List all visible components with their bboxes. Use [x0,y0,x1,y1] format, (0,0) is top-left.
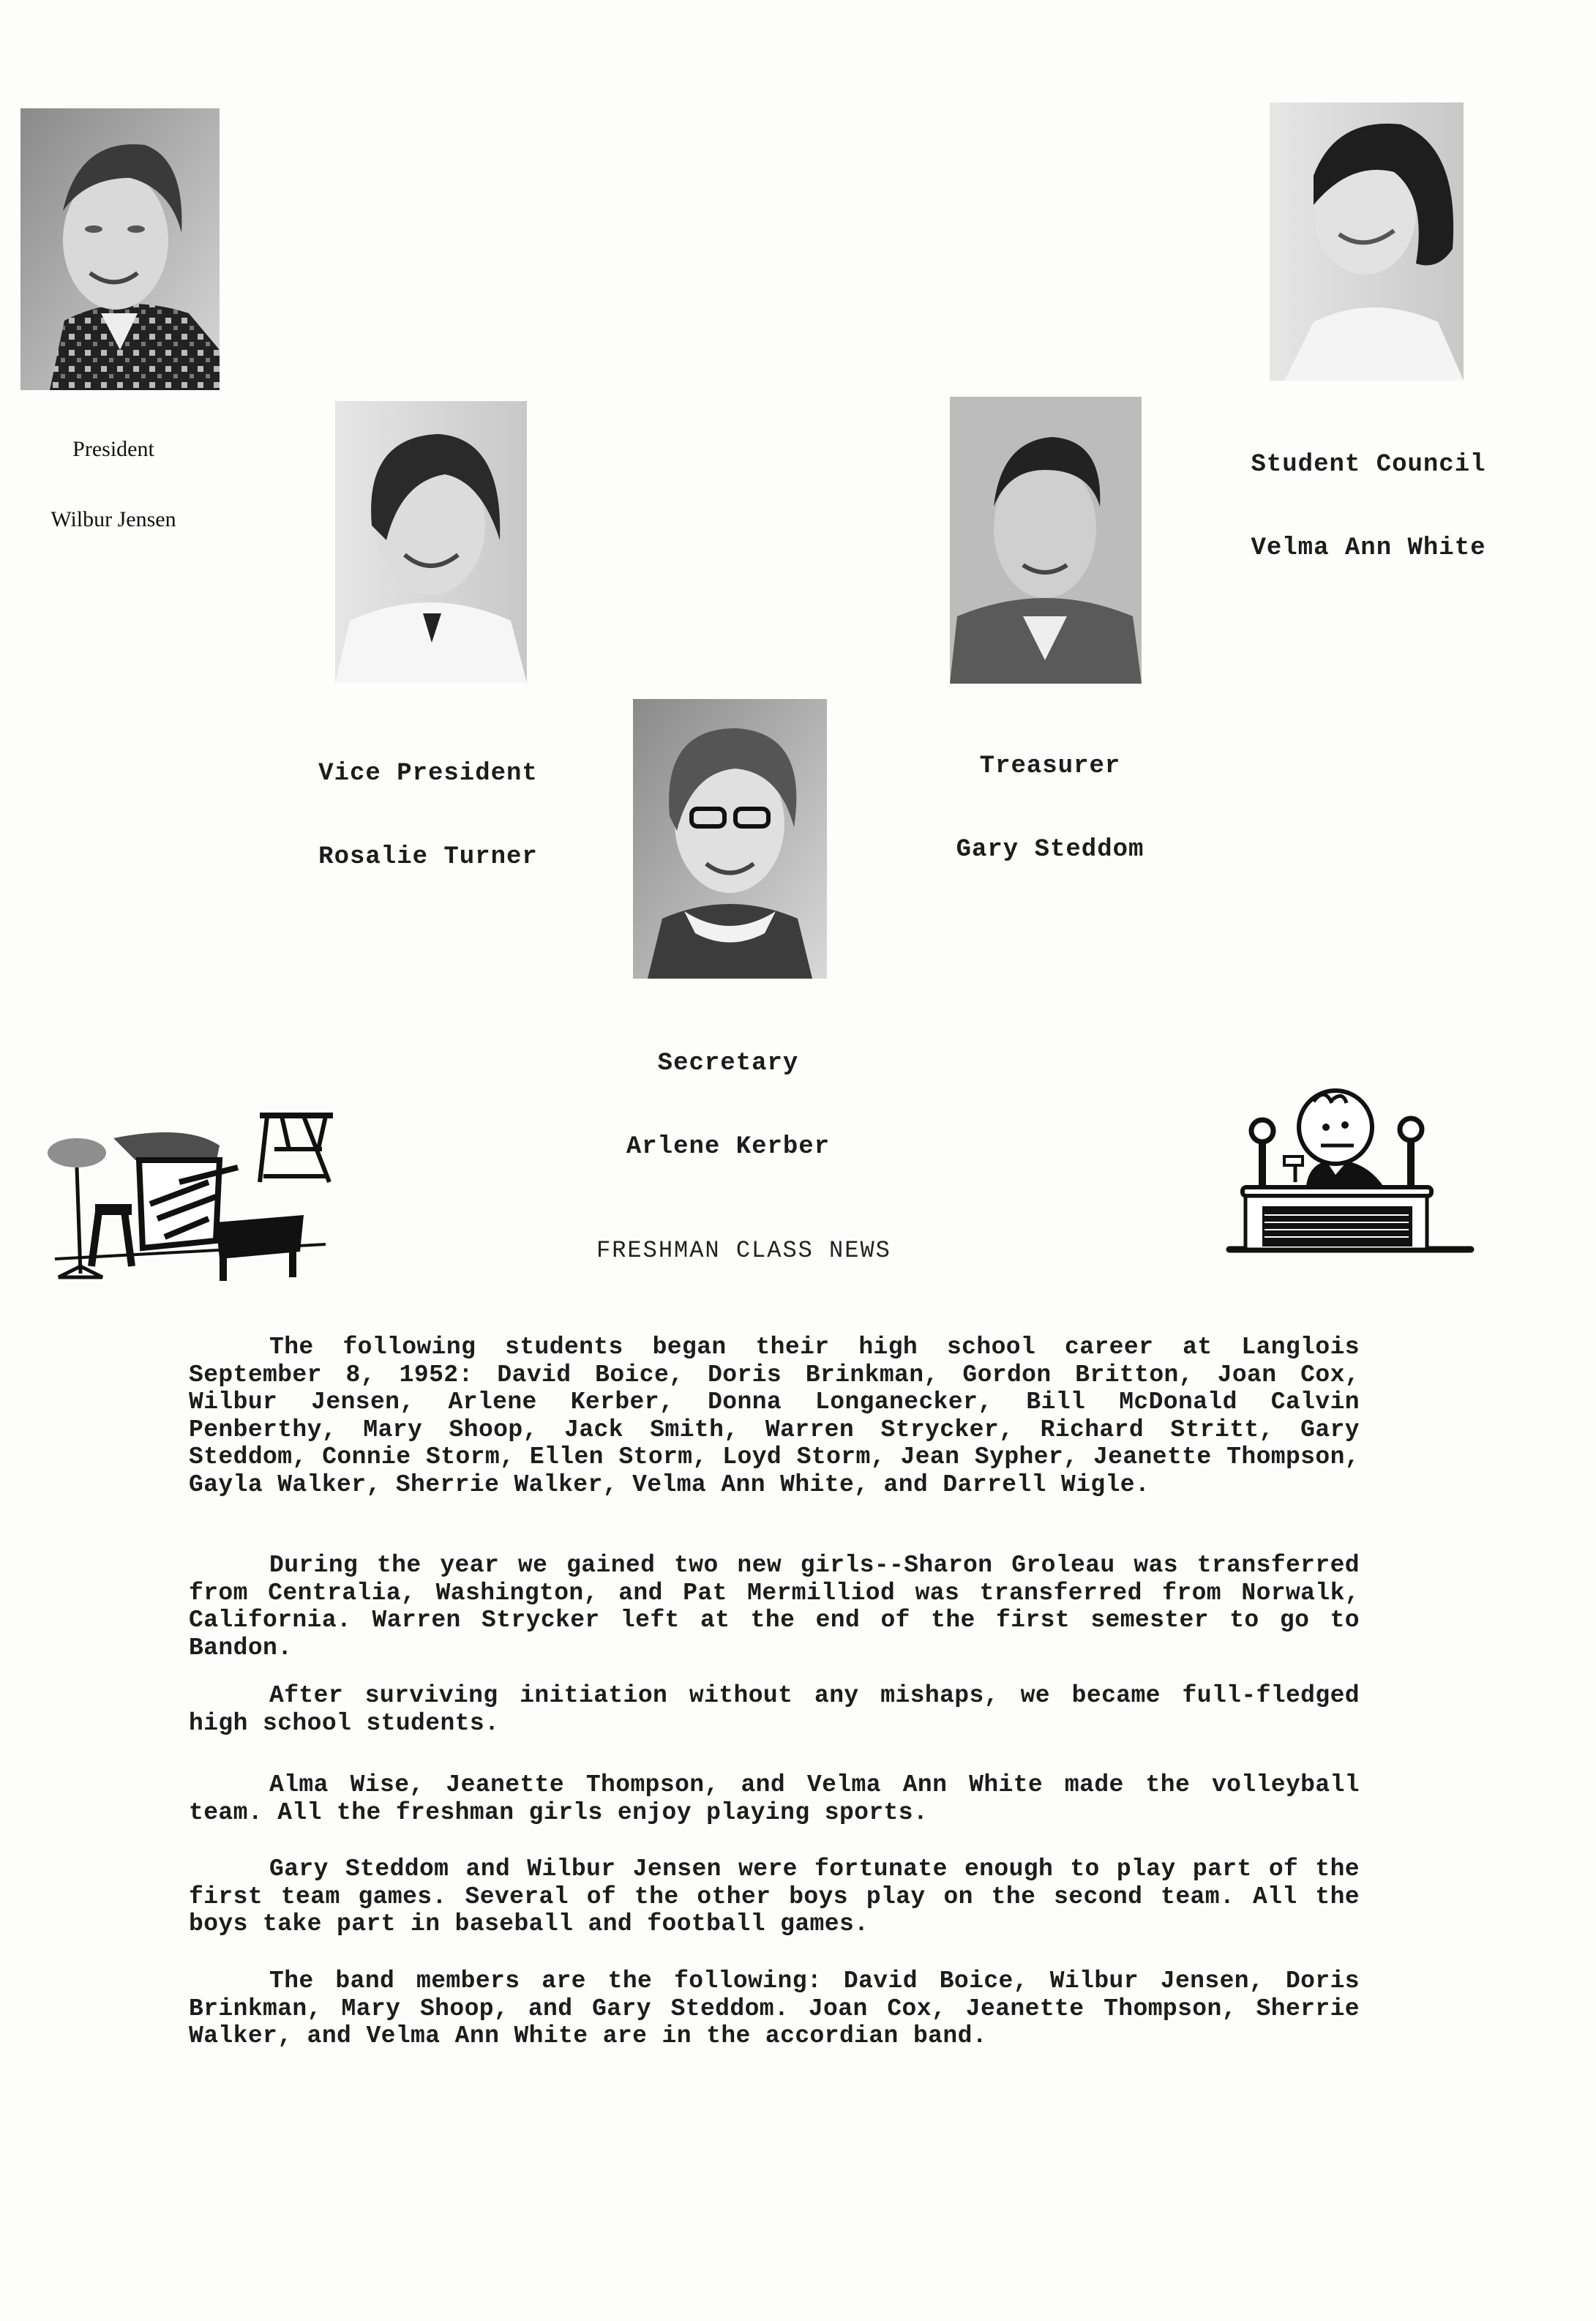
paragraph-text: After surviving initiation without any m… [189,1682,1360,1737]
paragraph-text: Alma Wise, Jeanette Thompson, and Velma … [189,1771,1360,1826]
news-paragraph-boys-sports: Gary Steddom and Wilbur Jensen were fort… [189,1855,1360,1938]
news-paragraph-initiation: After surviving initiation without any m… [189,1682,1360,1737]
paragraph-text: The following students began their high … [189,1334,1360,1498]
portrait-photo-icon [950,397,1142,684]
student-council-photo [1270,102,1464,381]
officer-role: Student Council [1237,451,1500,479]
cartoon-sleeping-student-icon [40,1094,333,1281]
portrait-photo-icon [1270,102,1464,381]
paragraph-text: The band members are the following: Davi… [189,1967,1360,2049]
news-paragraph-students: The following students began their high … [189,1334,1360,1498]
president-photo [20,108,220,390]
news-paragraph-band: The band members are the following: Davi… [189,1967,1360,2050]
president-caption: President Wilbur Jensen [22,391,205,555]
judge-illustration [1222,1087,1475,1255]
treasurer-photo [950,397,1142,684]
vice-president-caption: Vice President Rosalie Turner [293,704,563,899]
portrait-photo-icon [20,108,220,390]
cartoon-judge-at-bench-icon [1222,1087,1475,1255]
officer-role: Secretary [593,1050,863,1077]
officer-name: Arlene Kerber [593,1133,863,1161]
portrait-photo-icon [335,401,527,683]
student-council-caption: Student Council Velma Ann White [1237,395,1500,590]
officer-role: Treasurer [915,752,1185,780]
officer-name: Wilbur Jensen [22,508,205,531]
news-paragraph-transfers: During the year we gained two new girls-… [189,1552,1360,1662]
news-title: FRESHMAN CLASS NEWS [596,1237,891,1264]
officer-role: President [22,438,205,461]
secretary-caption: Secretary Arlene Kerber [593,994,863,1189]
paragraph-text: Gary Steddom and Wilbur Jensen were fort… [189,1855,1360,1937]
treasurer-caption: Treasurer Gary Steddom [915,697,1185,892]
sleeping-student-illustration [40,1094,333,1281]
news-paragraph-volleyball: Alma Wise, Jeanette Thompson, and Velma … [189,1771,1360,1826]
officer-name: Rosalie Turner [293,843,563,871]
vice-president-photo [335,401,527,683]
portrait-photo-icon [633,699,827,979]
secretary-photo [633,699,827,979]
officer-role: Vice President [293,760,563,788]
officer-name: Gary Steddom [915,836,1185,864]
paragraph-text: During the year we gained two new girls-… [189,1552,1360,1662]
officer-name: Velma Ann White [1237,534,1500,562]
